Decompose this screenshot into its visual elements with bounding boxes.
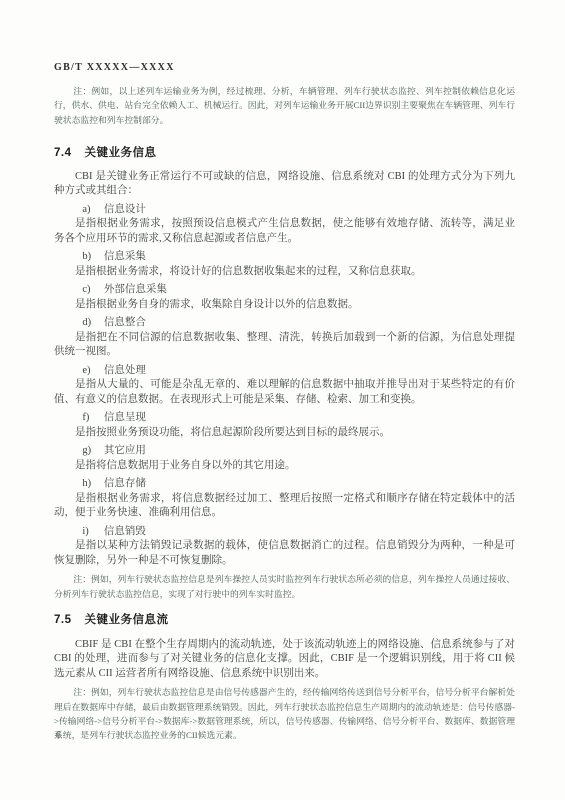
list-item-marker: h) xyxy=(82,477,94,492)
list-item-description: 是指按照业务预设功能，将信息起源阶段所要达到目标的最终展示。 xyxy=(54,426,515,441)
section-title: 关键业务信息流 xyxy=(85,614,169,626)
section-heading-7-5: 7.5关键业务信息流 xyxy=(54,611,515,627)
list-item-term-line: c)外部信息采集 xyxy=(54,283,515,298)
section-7-4-intro: CBI 是关键业务正常运行不可或缺的信息，网络设施、信息系统对 CBI 的处理方… xyxy=(54,170,515,199)
list-item-marker: i) xyxy=(82,525,94,540)
information-processing-list: a)信息设计 是指根据业务需求，按照预设信息模式产生信息数据，使之能够有效地存储… xyxy=(54,203,515,569)
list-item-description: 是指根据业务自身的需求，收集除自身设计以外的信息数据。 xyxy=(54,298,515,313)
note-label: 注： xyxy=(73,574,91,584)
list-item-term-line: a)信息设计 xyxy=(54,203,515,218)
list-item-term: 信息处理 xyxy=(104,365,146,376)
section-number: 7.4 xyxy=(54,147,72,159)
list-item-term: 信息呈现 xyxy=(104,412,146,423)
section-title: 关键业务信息 xyxy=(85,147,157,159)
note-paragraph-cii-boundary: 注：例如，以上述列车运输业务为例，经过梳理、分析，车辆管理、列车行驶状态监控、列… xyxy=(54,84,515,127)
list-item-term: 信息销毁 xyxy=(104,526,146,537)
list-item-term-line: d)信息整合 xyxy=(54,316,515,331)
page-number: 6 xyxy=(56,731,61,741)
list-item: f)信息呈现 是指按照业务预设功能，将信息起源阶段所要达到目标的最终展示。 xyxy=(54,411,515,440)
list-item-term: 信息设计 xyxy=(104,204,146,215)
list-item-description: 是指根据业务需求，将设计好的信息数据收集起来的过程，又称信息获取。 xyxy=(54,265,515,280)
list-item-marker: e) xyxy=(82,364,94,379)
list-item: g)其它应用 是指将信息数据用于业务自身以外的其它用途。 xyxy=(54,444,515,473)
list-item-description: 是指根据业务需求，将信息数据经过加工、整理后按照一定格式和顺序存储在特定载体中的… xyxy=(54,492,515,521)
list-item-term-line: i)信息销毁 xyxy=(54,525,515,540)
list-item-description: 是指把在不同信源的信息数据收集、整理、清洗，转换后加载到一个新的信源，为信息处理… xyxy=(54,331,515,360)
list-item-term-line: b)信息采集 xyxy=(54,250,515,265)
note-label: 注： xyxy=(73,86,91,96)
list-item-marker: g) xyxy=(82,444,94,459)
list-item-description: 是指以某种方法销毁记录数据的载体，使信息数据消亡的过程。信息销毁分为两种，一种是… xyxy=(54,539,515,568)
list-item-description: 是指将信息数据用于业务自身以外的其它用途。 xyxy=(54,459,515,474)
list-item: i)信息销毁 是指以某种方法销毁记录数据的载体，使信息数据消亡的过程。信息销毁分… xyxy=(54,525,515,569)
standard-number-header: GB/T XXXXX—XXXX xyxy=(54,62,515,73)
note-text: 例如，列车行驶状态监控信息是由信号传感器产生的，经传输网络传送到信号分析平台，信… xyxy=(54,687,515,740)
list-item: e)信息处理 是指从大量的、可能是杂乱无章的、难以理解的信息数据中抽取并推导出对… xyxy=(54,364,515,408)
list-item-marker: f) xyxy=(82,411,94,426)
list-item-marker: c) xyxy=(82,283,94,298)
section-number: 7.5 xyxy=(54,614,72,626)
list-item: c)外部信息采集 是指根据业务自身的需求，收集除自身设计以外的信息数据。 xyxy=(54,283,515,312)
document-page: GB/T XXXXX—XXXX 注：例如，以上述列车运输业务为例，经过梳理、分析… xyxy=(0,0,565,800)
list-item: d)信息整合 是指把在不同信源的信息数据收集、整理、清洗，转换后加载到一个新的信… xyxy=(54,316,515,360)
note-text: 例如，列车行驶状态监控信息是列车操控人员实时监控列车行驶状态所必须的信息，列车操… xyxy=(54,574,515,598)
list-item-marker: b) xyxy=(82,250,94,265)
list-item: b)信息采集 是指根据业务需求，将设计好的信息数据收集起来的过程，又称信息获取。 xyxy=(54,250,515,279)
list-item-term: 其它应用 xyxy=(104,445,146,456)
note-paragraph-cbif-flow: 注：例如，列车行驶状态监控信息是由信号传感器产生的，经传输网络传送到信号分析平台… xyxy=(54,685,515,742)
list-item-term: 信息采集 xyxy=(104,251,146,262)
list-item-term: 外部信息采集 xyxy=(104,284,167,295)
list-item-term-line: f)信息呈现 xyxy=(54,411,515,426)
note-label: 注： xyxy=(73,687,91,697)
list-item-term: 信息整合 xyxy=(104,317,146,328)
list-item-term-line: h)信息存储 xyxy=(54,477,515,492)
list-item-marker: a) xyxy=(82,203,94,218)
list-item-marker: d) xyxy=(82,316,94,331)
list-item-term-line: e)信息处理 xyxy=(54,364,515,379)
note-paragraph-monitoring-info: 注：例如，列车行驶状态监控信息是列车操控人员实时监控列车行驶状态所必须的信息，列… xyxy=(54,572,515,601)
list-item-description: 是指根据业务需求，按照预设信息模式产生信息数据，使之能够有效地存储、流转等，满足… xyxy=(54,217,515,246)
list-item: a)信息设计 是指根据业务需求，按照预设信息模式产生信息数据，使之能够有效地存储… xyxy=(54,203,515,247)
list-item-term-line: g)其它应用 xyxy=(54,444,515,459)
list-item-term: 信息存储 xyxy=(104,478,146,489)
list-item: h)信息存储 是指根据业务需求，将信息数据经过加工、整理后按照一定格式和顺序存储… xyxy=(54,477,515,521)
list-item-description: 是指从大量的、可能是杂乱无章的、难以理解的信息数据中抽取并推导出对于某些特定的有… xyxy=(54,378,515,407)
section-7-5-intro: CBIF 是 CBI 在整个生存周期内的流动轨迹，处于该流动轨迹上的网络设施、信… xyxy=(54,638,515,682)
note-text: 例如，以上述列车运输业务为例，经过梳理、分析，车辆管理、列车行驶状态监控、列车控… xyxy=(54,86,515,125)
section-heading-7-4: 7.4关键业务信息 xyxy=(54,144,515,160)
